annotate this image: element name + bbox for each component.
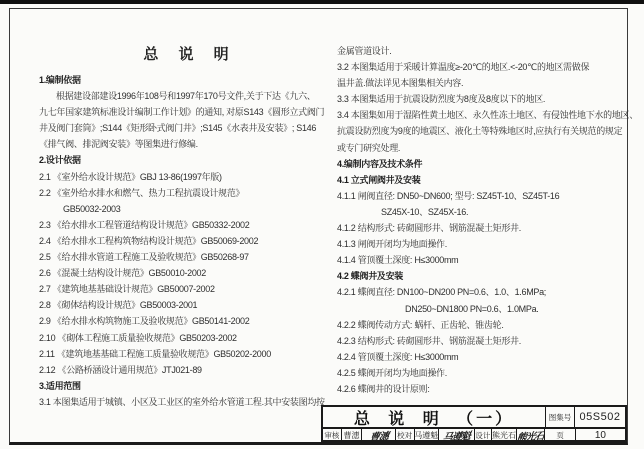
design-label: 设计 <box>475 429 493 442</box>
text-line: 2.9 《给水排水构筑物施工及验收规范》GB50141-2002 <box>39 313 339 329</box>
title-block-row-bottom: 审核 曹潓 曹潓 校对 马遵魁 马遵魁 设计 熊光石 熊光石 页 10 <box>323 429 625 442</box>
text-line: 4.1.3 闸阀开闭均为地面操作. <box>337 236 629 252</box>
proofread-signature: 马遵魁 <box>439 429 474 442</box>
text-line: SZ45X-10、SZ45X-16. <box>337 204 629 220</box>
text-line: 2.12 《公路桥涵设计通用规范》JTJ021-89 <box>39 362 339 378</box>
text-line: DN250~DN1800 PN=0.6、1.0MPa. <box>337 301 629 317</box>
text-line: GB50032-2003 <box>39 201 339 217</box>
text-line: 2.设计依据 <box>39 152 339 168</box>
text-line: 3.2 本图集适用于采暖计算温度≥-20℃的地区.<-20℃的地区需做保 <box>337 59 629 75</box>
text-line: 4.2.3 结构形式: 砖砌圆形井、钢筋混凝土矩形井. <box>337 333 629 349</box>
text-line: 2.6 《混凝土结构设计规范》GB50010-2002 <box>39 265 339 281</box>
text-line: 4.编制内容及技术条件 <box>337 156 629 172</box>
text-line: 3.4 本图集如用于湿陷性黄土地区、永久性冻土地区、有侵蚀性地下水的地区、 <box>337 107 629 123</box>
text-line: 2.8 《砌体结构设计规范》GB50003-2001 <box>39 297 339 313</box>
scan-edge-artifact <box>0 0 644 4</box>
text-line: 2.10 《砌体工程施工质量验收规范》GB50203-2002 <box>39 330 339 346</box>
text-line: 根据建设部建设1996年108号和1997年170号文件,关于下达《九六、 <box>39 88 339 104</box>
text-line: 1.编制依据 <box>39 72 339 88</box>
document-page: 总 说 明 1.编制依据根据建设部建设1996年108号和1997年170号文件… <box>0 0 644 449</box>
sheet-title: 总 说 明 （一） <box>323 407 546 427</box>
text-line: 或专门研究处理. <box>337 140 629 156</box>
text-line: 金属管道设计. <box>337 43 629 59</box>
text-line: 3.1 本图集适用于城镇、小区及工业区的室外给水管道工程.其中安装图均按 <box>39 394 339 410</box>
page-label: 页 <box>545 429 576 442</box>
text-line: 2.1 《室外给水设计规范》GBJ 13-86(1997年版) <box>39 169 339 185</box>
text-line: 4.1 立式闸阀井及安装 <box>337 172 629 188</box>
proofread-name: 马遵魁 <box>415 429 440 442</box>
text-line: 4.2.4 管顶覆土深度: H≤3000mm <box>337 349 629 365</box>
title-block-row-top: 总 说 明 （一） 图集号 05S502 <box>323 407 625 429</box>
text-line: 2.2 《室外给水排水和燃气、热力工程抗震设计规范》 <box>39 185 339 201</box>
design-signature-text: 熊光石 <box>517 429 546 442</box>
design-name: 熊光石 <box>492 429 517 442</box>
page-number: 10 <box>576 429 625 442</box>
text-line: 井及阀门套筒》;S144《矩形卧式阀门井》;S145《水表井及安装》; S146 <box>39 120 339 136</box>
text-line: 2.7 《建筑地基基础设计规范》GB50007-2002 <box>39 281 339 297</box>
atlas-number-label: 图集号 <box>546 407 575 427</box>
review-name: 曹潓 <box>342 429 363 442</box>
text-line: 2.4 《给水排水工程构筑物结构设计规范》GB50069-2002 <box>39 233 339 249</box>
text-line: 《排气阀、排泥阀安装》等图集进行修编. <box>39 136 339 152</box>
design-signature: 熊光石 <box>517 429 546 442</box>
text-line: 3.3 本图集适用于抗震设防烈度为8度及8度以下的地区. <box>337 91 629 107</box>
text-line: 4.2.2 蝶阀传动方式: 蜗杆、正齿轮、锥齿轮. <box>337 317 629 333</box>
text-line: 2.3 《给水排水工程管道结构设计规范》GB50332-2002 <box>39 217 339 233</box>
text-line: 4.2 蝶阀井及安装 <box>337 268 629 284</box>
review-signature-text: 曹潓 <box>368 429 388 442</box>
text-line: 3.适用范围 <box>39 378 339 394</box>
title-block: 总 说 明 （一） 图集号 05S502 审核 曹潓 曹潓 校对 马遵魁 马遵魁… <box>321 405 627 442</box>
text-line: 4.2.5 蝶阀开闭均为地面操作. <box>337 365 629 381</box>
text-line: 4.1.4 管顶覆土深度: H≤3000mm <box>337 252 629 268</box>
text-line: 4.2.6 蝶阀井的设计原则: <box>337 381 629 397</box>
text-line: 4.1.2 结构形式: 砖砌圆形井、钢筋混凝土矩形井. <box>337 220 629 236</box>
text-line: 4.2.1 蝶阀直径: DN100~DN200 PN=0.6、1.0、1.6MP… <box>337 284 629 300</box>
page-frame: 总 说 明 1.编制依据根据建设部建设1996年108号和1997年170号文件… <box>9 8 628 445</box>
text-line: 九七年国家建筑标准设计编制工作计划》的通知, 对原S143《圆形立式阀门 <box>39 104 339 120</box>
review-label: 审核 <box>323 429 342 442</box>
text-line: 2.11 《建筑地基基础工程施工质量验收规范》GB50202-2000 <box>39 346 339 362</box>
left-column: 1.编制依据根据建设部建设1996年108号和1997年170号文件,关于下达《… <box>39 72 339 410</box>
right-column: 金属管道设计.3.2 本图集适用于采暖计算温度≥-20℃的地区.<-20℃的地区… <box>337 43 629 397</box>
page-title: 总 说 明 <box>40 43 332 64</box>
review-signature: 曹潓 <box>362 429 395 442</box>
text-line: 温井盖.做法详见本图集相关内容. <box>337 75 629 91</box>
proofread-label: 校对 <box>396 429 415 442</box>
text-line: 4.1.1 闸阀直径: DN50~DN600; 型号: SZ45T-10、SZ4… <box>337 188 629 204</box>
text-line: 抗震设防烈度为9度的地震区、液化土等特殊地区时,应执行有关规范的规定 <box>337 123 629 139</box>
proofread-signature-text: 马遵魁 <box>442 429 471 442</box>
atlas-number-value: 05S502 <box>575 407 625 427</box>
text-line: 2.5 《给水排水管道工程施工及验收规范》GB50268-97 <box>39 249 339 265</box>
